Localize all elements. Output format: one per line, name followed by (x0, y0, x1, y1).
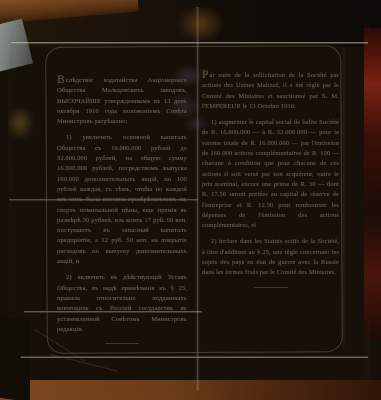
drop-cap-letter: В (57, 76, 65, 85)
separator-rule (254, 287, 288, 288)
french-paragraph-1: Par suite de la sollicitation de la Soci… (202, 71, 339, 112)
russian-paragraph-2: 1) увеличить основной капиталъ Общества … (57, 133, 187, 267)
paper-stain (176, 5, 224, 43)
photo-scene: Вслѣдствіе ходатайства Акціонернаго Обще… (0, 0, 381, 400)
french-paragraph-2: 1) augmenter le capital social de ladite… (202, 118, 339, 231)
french-paragraph-3: 2) inclure dans les Statuts actifs de la… (202, 237, 339, 278)
paper-stain (6, 106, 34, 140)
russian-text-column: Вслѣдствіе ходатайства Акціонернаго Обще… (57, 76, 187, 344)
russian-paragraph-3: 2) включить въ дѣйствующій Уставъ Общест… (57, 273, 187, 335)
paragraph-text: ar suite de la sollicitation de la Socié… (202, 72, 339, 110)
document-paper: Вслѣдствіе ходатайства Акціонернаго Обще… (0, 0, 381, 400)
russian-paragraph-1: Вслѣдствіе ходатайства Акціонернаго Обще… (57, 76, 187, 127)
french-text-column: Par suite de la sollicitation de la Soci… (202, 71, 339, 288)
paragraph-text: слѣдствіе ходатайства Акціонернаго Общес… (57, 77, 187, 125)
separator-rule (105, 343, 139, 344)
drop-cap-letter: P (202, 71, 209, 80)
